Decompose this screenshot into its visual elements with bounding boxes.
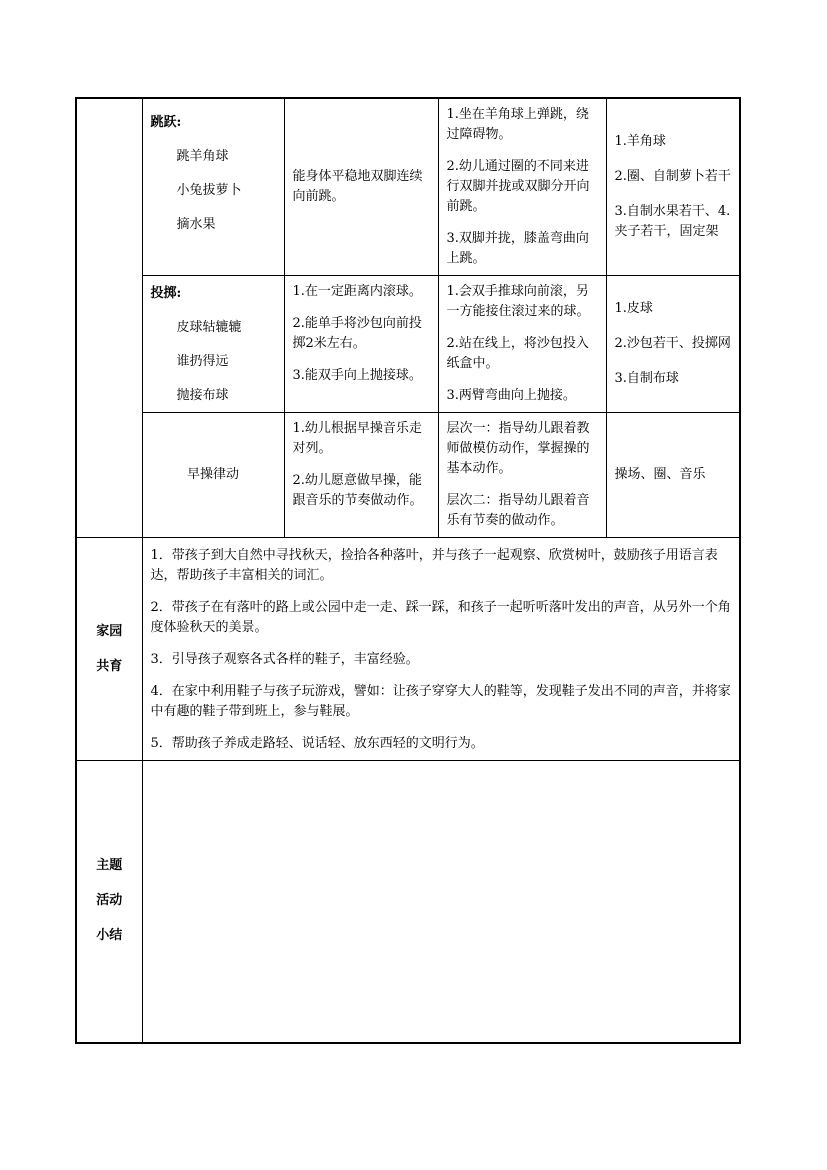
cell-throw-materials: 1.皮球 2.沙包若干、投掷网 3.自制布球 xyxy=(606,276,740,413)
row-throw: 投掷: 皮球轱辘辘 谁扔得远 抛接布球 1.在一定距离内滚球。 2.能单手将沙包… xyxy=(76,276,740,413)
jump-material-3: 3.自制水果若干、4.夹子若干，固定架 xyxy=(615,202,732,242)
throw-activity-3: 抛接布球 xyxy=(177,386,276,406)
cell-home-label: 家园 共育 xyxy=(76,538,142,761)
throw-guidance-1: 1.会双手推球向前滚，另一方能接住滚过来的球。 xyxy=(447,282,598,322)
exercise-category-label: 早操律动 xyxy=(187,467,239,482)
exercise-materials-text: 操场、圈、音乐 xyxy=(615,465,732,485)
throw-material-3: 3.自制布球 xyxy=(615,369,732,389)
throw-goal-2: 2.能单手将沙包向前投掷2米左右。 xyxy=(293,314,430,354)
jump-activity-2: 小兔拔萝卜 xyxy=(177,181,276,201)
jump-material-1: 1.羊角球 xyxy=(615,132,732,152)
home-item-1: 1．带孩子到大自然中寻找秋天，捡拾各种落叶，并与孩子一起观察、欣赏树叶，鼓励孩子… xyxy=(151,546,732,586)
row-jump: 跳跃: 跳羊角球 小兔拔萝卜 摘水果 能身体平稳地双脚连续向前跳。 1.坐在羊角… xyxy=(76,98,740,276)
activity-plan-table: 跳跃: 跳羊角球 小兔拔萝卜 摘水果 能身体平稳地双脚连续向前跳。 1.坐在羊角… xyxy=(75,97,741,1044)
cell-jump-activities: 跳跃: 跳羊角球 小兔拔萝卜 摘水果 xyxy=(142,98,284,276)
cell-home-content: 1．带孩子到大自然中寻找秋天，捡拾各种落叶，并与孩子一起观察、欣赏树叶，鼓励孩子… xyxy=(142,538,740,761)
cell-exercise-materials: 操场、圈、音乐 xyxy=(606,413,740,538)
home-label-line-1: 家园 xyxy=(85,622,134,642)
summary-label-line-1: 主题 xyxy=(85,856,134,876)
document-page: { "document": { "background": "#ffffff",… xyxy=(0,0,827,1170)
throw-activity-1: 皮球轱辘辘 xyxy=(177,318,276,338)
throw-material-2: 2.沙包若干、投掷网 xyxy=(615,334,732,354)
cell-jump-materials: 1.羊角球 2.圈、自制萝卜若干 3.自制水果若干、4.夹子若干，固定架 xyxy=(606,98,740,276)
cell-summary-label: 主题 活动 小结 xyxy=(76,761,142,1043)
throw-material-1: 1.皮球 xyxy=(615,299,732,319)
cell-throw-activities: 投掷: 皮球轱辘辘 谁扔得远 抛接布球 xyxy=(142,276,284,413)
cell-throw-goals: 1.在一定距离内滚球。 2.能单手将沙包向前投掷2米左右。 3.能双手向上抛接球… xyxy=(284,276,438,413)
throw-goal-1: 1.在一定距离内滚球。 xyxy=(293,282,430,302)
exercise-guidance-2: 层次二：指导幼儿跟着音乐有节奏的做动作。 xyxy=(447,491,598,531)
throw-category-label: 投掷: xyxy=(151,284,276,304)
home-item-3: 3．引导孩子观察各式各样的鞋子，丰富经验。 xyxy=(151,650,732,670)
row-home-coeducation: 家园 共育 1．带孩子到大自然中寻找秋天，捡拾各种落叶，并与孩子一起观察、欣赏树… xyxy=(76,538,740,761)
cell-left-spacer xyxy=(76,98,142,538)
home-item-2: 2．带孩子在有落叶的路上或公园中走一走、踩一踩，和孩子一起听听落叶发出的声音，从… xyxy=(151,598,732,638)
summary-label-line-2: 活动 xyxy=(85,891,134,911)
row-summary: 主题 活动 小结 xyxy=(76,761,740,1043)
jump-category-label: 跳跃: xyxy=(151,113,276,133)
exercise-goal-1: 1.幼儿根据早操音乐走对列。 xyxy=(293,419,430,459)
cell-exercise-goals: 1.幼儿根据早操音乐走对列。 2.幼儿愿意做早操，能跟音乐的节奏做动作。 xyxy=(284,413,438,538)
throw-guidance-2: 2.站在线上，将沙包投入纸盒中。 xyxy=(447,334,598,374)
cell-exercise-guidance: 层次一：指导幼儿跟着教师做模仿动作，掌握操的基本动作。 层次二：指导幼儿跟着音乐… xyxy=(438,413,606,538)
cell-summary-content xyxy=(142,761,740,1043)
jump-material-2: 2.圈、自制萝卜若干 xyxy=(615,167,732,187)
activity-plan-table-sheet: 跳跃: 跳羊角球 小兔拔萝卜 摘水果 能身体平稳地双脚连续向前跳。 1.坐在羊角… xyxy=(75,97,741,1044)
throw-guidance-3: 3.两臂弯曲向上抛接。 xyxy=(447,386,598,406)
jump-guidance-1: 1.坐在羊角球上弹跳，绕过障碍物。 xyxy=(447,105,598,145)
throw-activity-2: 谁扔得远 xyxy=(177,352,276,372)
jump-guidance-2: 2.幼儿通过圈的不同来进行双脚并拢或双脚分开向前跳。 xyxy=(447,157,598,217)
home-label-line-2: 共育 xyxy=(85,657,134,677)
summary-label-line-3: 小结 xyxy=(85,926,134,946)
throw-goal-3: 3.能双手向上抛接球。 xyxy=(293,366,430,386)
exercise-goal-2: 2.幼儿愿意做早操，能跟音乐的节奏做动作。 xyxy=(293,471,430,511)
cell-jump-goal: 能身体平稳地双脚连续向前跳。 xyxy=(284,98,438,276)
jump-guidance-3: 3.双脚并拢，膝盖弯曲向上跳。 xyxy=(447,229,598,269)
row-morning-exercise: 早操律动 1.幼儿根据早操音乐走对列。 2.幼儿愿意做早操，能跟音乐的节奏做动作… xyxy=(76,413,740,538)
jump-activity-3: 摘水果 xyxy=(177,215,276,235)
jump-goal-text: 能身体平稳地双脚连续向前跳。 xyxy=(293,167,430,207)
cell-jump-guidance: 1.坐在羊角球上弹跳，绕过障碍物。 2.幼儿通过圈的不同来进行双脚并拢或双脚分开… xyxy=(438,98,606,276)
cell-throw-guidance: 1.会双手推球向前滚，另一方能接住滚过来的球。 2.站在线上，将沙包投入纸盒中。… xyxy=(438,276,606,413)
exercise-guidance-1: 层次一：指导幼儿跟着教师做模仿动作，掌握操的基本动作。 xyxy=(447,419,598,479)
cell-exercise-category: 早操律动 xyxy=(142,413,284,538)
home-item-5: 5．帮助孩子养成走路轻、说话轻、放东西轻的文明行为。 xyxy=(151,734,732,754)
home-item-4: 4．在家中利用鞋子与孩子玩游戏，譬如：让孩子穿穿大人的鞋等，发现鞋子发出不同的声… xyxy=(151,682,732,722)
jump-activity-1: 跳羊角球 xyxy=(177,147,276,167)
